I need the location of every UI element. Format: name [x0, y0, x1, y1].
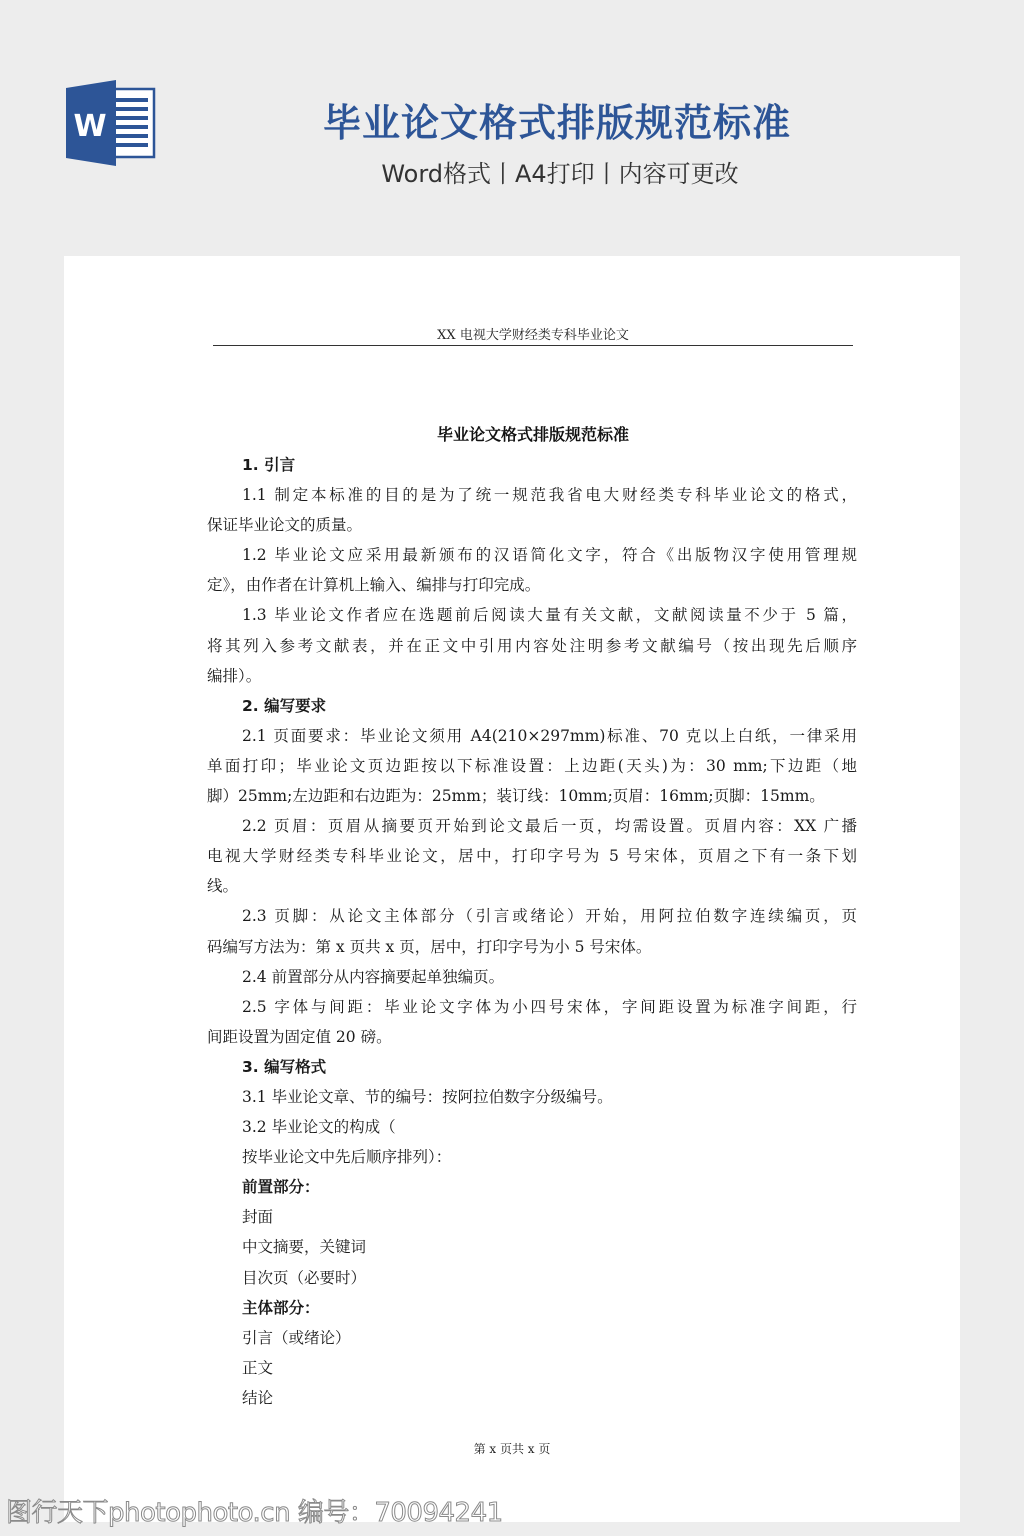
paragraph-line: 2.4 前置部分从内容摘要起单独编页。	[207, 962, 857, 992]
banner-title: 毕业论文格式排版规范标准	[0, 92, 1024, 147]
paragraph-line: 中文摘要，关键词	[207, 1232, 857, 1262]
paragraph-line: 线。	[207, 871, 857, 901]
paragraph-line: 2.3 页脚：从论文主体部分（引言或绪论）开始，用阿拉伯数字连续编页，页	[207, 901, 857, 931]
paragraph-line: 电视大学财经类专科毕业论文，居中，打印字号为 5 号宋体，页眉之下有一条下划	[207, 841, 857, 871]
paragraph-line: 按毕业论文中先后顺序排列）：	[207, 1142, 857, 1172]
paragraph-line: 1.1 制定本标准的目的是为了统一规范我省电大财经类专科毕业论文的格式，	[207, 480, 857, 510]
paragraph-line: 结论	[207, 1383, 857, 1413]
banner-subtitle: Word格式丨A4打印丨内容可更改	[0, 154, 1024, 189]
page-footer: 第 x 页共 x 页	[64, 1440, 960, 1457]
section-heading: 主体部分：	[207, 1293, 857, 1323]
document-page: XX 电视大学财经类专科毕业论文 毕业论文格式排版规范标准 1. 引言1.1 制…	[64, 256, 960, 1522]
paragraph-line: 脚）25mm;左边距和右边距为：25mm；装订线：10mm;页眉：16mm;页脚…	[207, 781, 857, 811]
document-body: 1. 引言1.1 制定本标准的目的是为了统一规范我省电大财经类专科毕业论文的格式…	[207, 450, 857, 1413]
paragraph-line: 1.3 毕业论文作者应在选题前后阅读大量有关文献，文献阅读量不少于 5 篇，	[207, 600, 857, 630]
paragraph-line: 间距设置为固定值 20 磅。	[207, 1022, 857, 1052]
paragraph-line: 目次页（必要时）	[207, 1263, 857, 1293]
paragraph-line: 定》，由作者在计算机上输入、编排与打印完成。	[207, 570, 857, 600]
running-header: XX 电视大学财经类专科毕业论文	[213, 324, 853, 343]
banner: W 毕业论文格式排版规范标准 Word格式丨A4打印丨内容可更改	[0, 0, 1024, 256]
document-title: 毕业论文格式排版规范标准	[213, 422, 853, 445]
paragraph-line: 编排）。	[207, 661, 857, 691]
paragraph-line: 3.1 毕业论文章、节的编号：按阿拉伯数字分级编号。	[207, 1082, 857, 1112]
section-heading: 1. 引言	[207, 450, 857, 480]
paragraph-line: 1.2 毕业论文应采用最新颁布的汉语简化文字，符合《出版物汉字使用管理规	[207, 540, 857, 570]
header-underline	[213, 345, 853, 346]
section-heading: 2. 编写要求	[207, 691, 857, 721]
watermark: 图行天下photophoto.cn 编号：70094241	[6, 1492, 503, 1529]
paragraph-line: 2.1 页面要求：毕业论文须用 A4(210×297mm)标准、70 克以上白纸…	[207, 721, 857, 751]
paragraph-line: 3.2 毕业论文的构成（	[207, 1112, 857, 1142]
paragraph-line: 封面	[207, 1202, 857, 1232]
paragraph-line: 正文	[207, 1353, 857, 1383]
paragraph-line: 保证毕业论文的质量。	[207, 510, 857, 540]
section-heading: 3. 编写格式	[207, 1052, 857, 1082]
section-heading: 前置部分：	[207, 1172, 857, 1202]
paragraph-line: 码编写方法为：第 x 页共 x 页，居中，打印字号为小 5 号宋体。	[207, 932, 857, 962]
paragraph-line: 引言（或绪论）	[207, 1323, 857, 1353]
paragraph-line: 2.5 字体与间距：毕业论文字体为小四号宋体，字间距设置为标准字间距，行	[207, 992, 857, 1022]
paragraph-line: 将其列入参考文献表，并在正文中引用内容处注明参考文献编号（按出现先后顺序	[207, 631, 857, 661]
paragraph-line: 2.2 页眉：页眉从摘要页开始到论文最后一页，均需设置。页眉内容：XX 广播	[207, 811, 857, 841]
paragraph-line: 单面打印；毕业论文页边距按以下标准设置：上边距(天头)为：30 mm;下边距（地	[207, 751, 857, 781]
